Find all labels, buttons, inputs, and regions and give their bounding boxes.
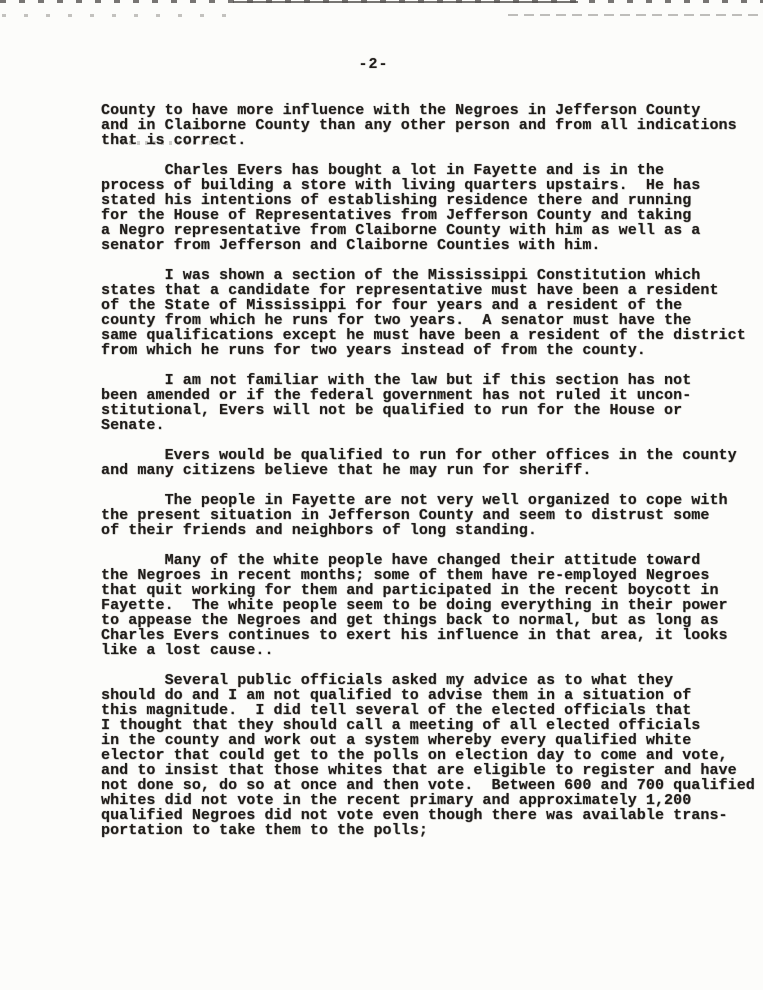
paragraph: I was shown a section of the Mississippi… — [101, 268, 755, 358]
text-line: from which he runs for two years instead… — [101, 343, 755, 358]
scan-noise-streak-artifact — [508, 14, 760, 16]
paragraph: I am not familiar with the law but if th… — [101, 373, 755, 433]
scan-edge-streak-artifact — [233, 1, 578, 3]
paragraph: County to have more influence with the N… — [101, 103, 755, 148]
text-line: I was shown a section of the Mississippi… — [101, 268, 755, 283]
text-line: I thought that they should call a meetin… — [101, 718, 755, 733]
text-line: in the county and work out a system wher… — [101, 733, 755, 748]
paragraph: The people in Fayette are not very well … — [101, 493, 755, 538]
text-line: whites did not vote in the recent primar… — [101, 793, 755, 808]
text-line: this magnitude. I did tell several of th… — [101, 703, 755, 718]
text-line: and many citizens believe that he may ru… — [101, 463, 755, 478]
text-line: stitutional, Evers will not be qualified… — [101, 403, 755, 418]
text-line: that quit working for them and participa… — [101, 583, 755, 598]
text-line: of their friends and neighbors of long s… — [101, 523, 755, 538]
paragraph: Several public officials asked my advice… — [101, 673, 755, 838]
text-line: portation to take them to the polls; — [101, 823, 755, 838]
text-line: the present situation in Jefferson Count… — [101, 508, 755, 523]
text-line: Many of the white people have changed th… — [101, 553, 755, 568]
text-line: Senate. — [101, 418, 755, 433]
text-line: process of building a store with living … — [101, 178, 755, 193]
text-line: same qualifications except he must have … — [101, 328, 755, 343]
paragraph: Charles Evers has bought a lot in Fayett… — [101, 163, 755, 253]
document-body: County to have more influence with the N… — [101, 103, 755, 853]
text-line: been amended or if the federal governmen… — [101, 388, 755, 403]
text-line: a Negro representative from Claiborne Co… — [101, 223, 755, 238]
text-line: the Negroes in recent months; some of th… — [101, 568, 755, 583]
text-line: and in Claiborne County than any other p… — [101, 118, 755, 133]
text-line: to appease the Negroes and get things ba… — [101, 613, 755, 628]
text-line: The people in Fayette are not very well … — [101, 493, 755, 508]
text-line: Evers would be qualified to run for othe… — [101, 448, 755, 463]
text-line: senator from Jefferson and Claiborne Cou… — [101, 238, 755, 253]
text-line: Charles Evers continues to exert his inf… — [101, 628, 755, 643]
text-line: and to insist that those whites that are… — [101, 763, 755, 778]
text-line: should do and I am not qualified to advi… — [101, 688, 755, 703]
text-line: County to have more influence with the N… — [101, 103, 755, 118]
scan-noise-dots-artifact — [2, 14, 237, 17]
text-line: like a lost cause.. — [101, 643, 755, 658]
text-line: county from which he runs for two years.… — [101, 313, 755, 328]
text-line: Charles Evers has bought a lot in Fayett… — [101, 163, 755, 178]
text-line: elector that could get to the polls on e… — [101, 748, 755, 763]
text-line: stated his intentions of establishing re… — [101, 193, 755, 208]
text-line: Fayette. The white people seem to be doi… — [101, 598, 755, 613]
text-line: for the House of Representatives from Je… — [101, 208, 755, 223]
page-number: -2- — [0, 57, 755, 72]
text-line: I am not familiar with the law but if th… — [101, 373, 755, 388]
text-line: that is correct. — [101, 133, 755, 148]
paragraph: Many of the white people have changed th… — [101, 553, 755, 658]
paragraph: Evers would be qualified to run for othe… — [101, 448, 755, 478]
text-line: Several public officials asked my advice… — [101, 673, 755, 688]
text-line: not done so, do so at once and then vote… — [101, 778, 755, 793]
scanned-document-page: -2- County to have more influence with t… — [0, 0, 763, 990]
text-line: qualified Negroes did not vote even thou… — [101, 808, 755, 823]
text-line: of the State of Mississippi for four yea… — [101, 298, 755, 313]
text-line: states that a candidate for representati… — [101, 283, 755, 298]
